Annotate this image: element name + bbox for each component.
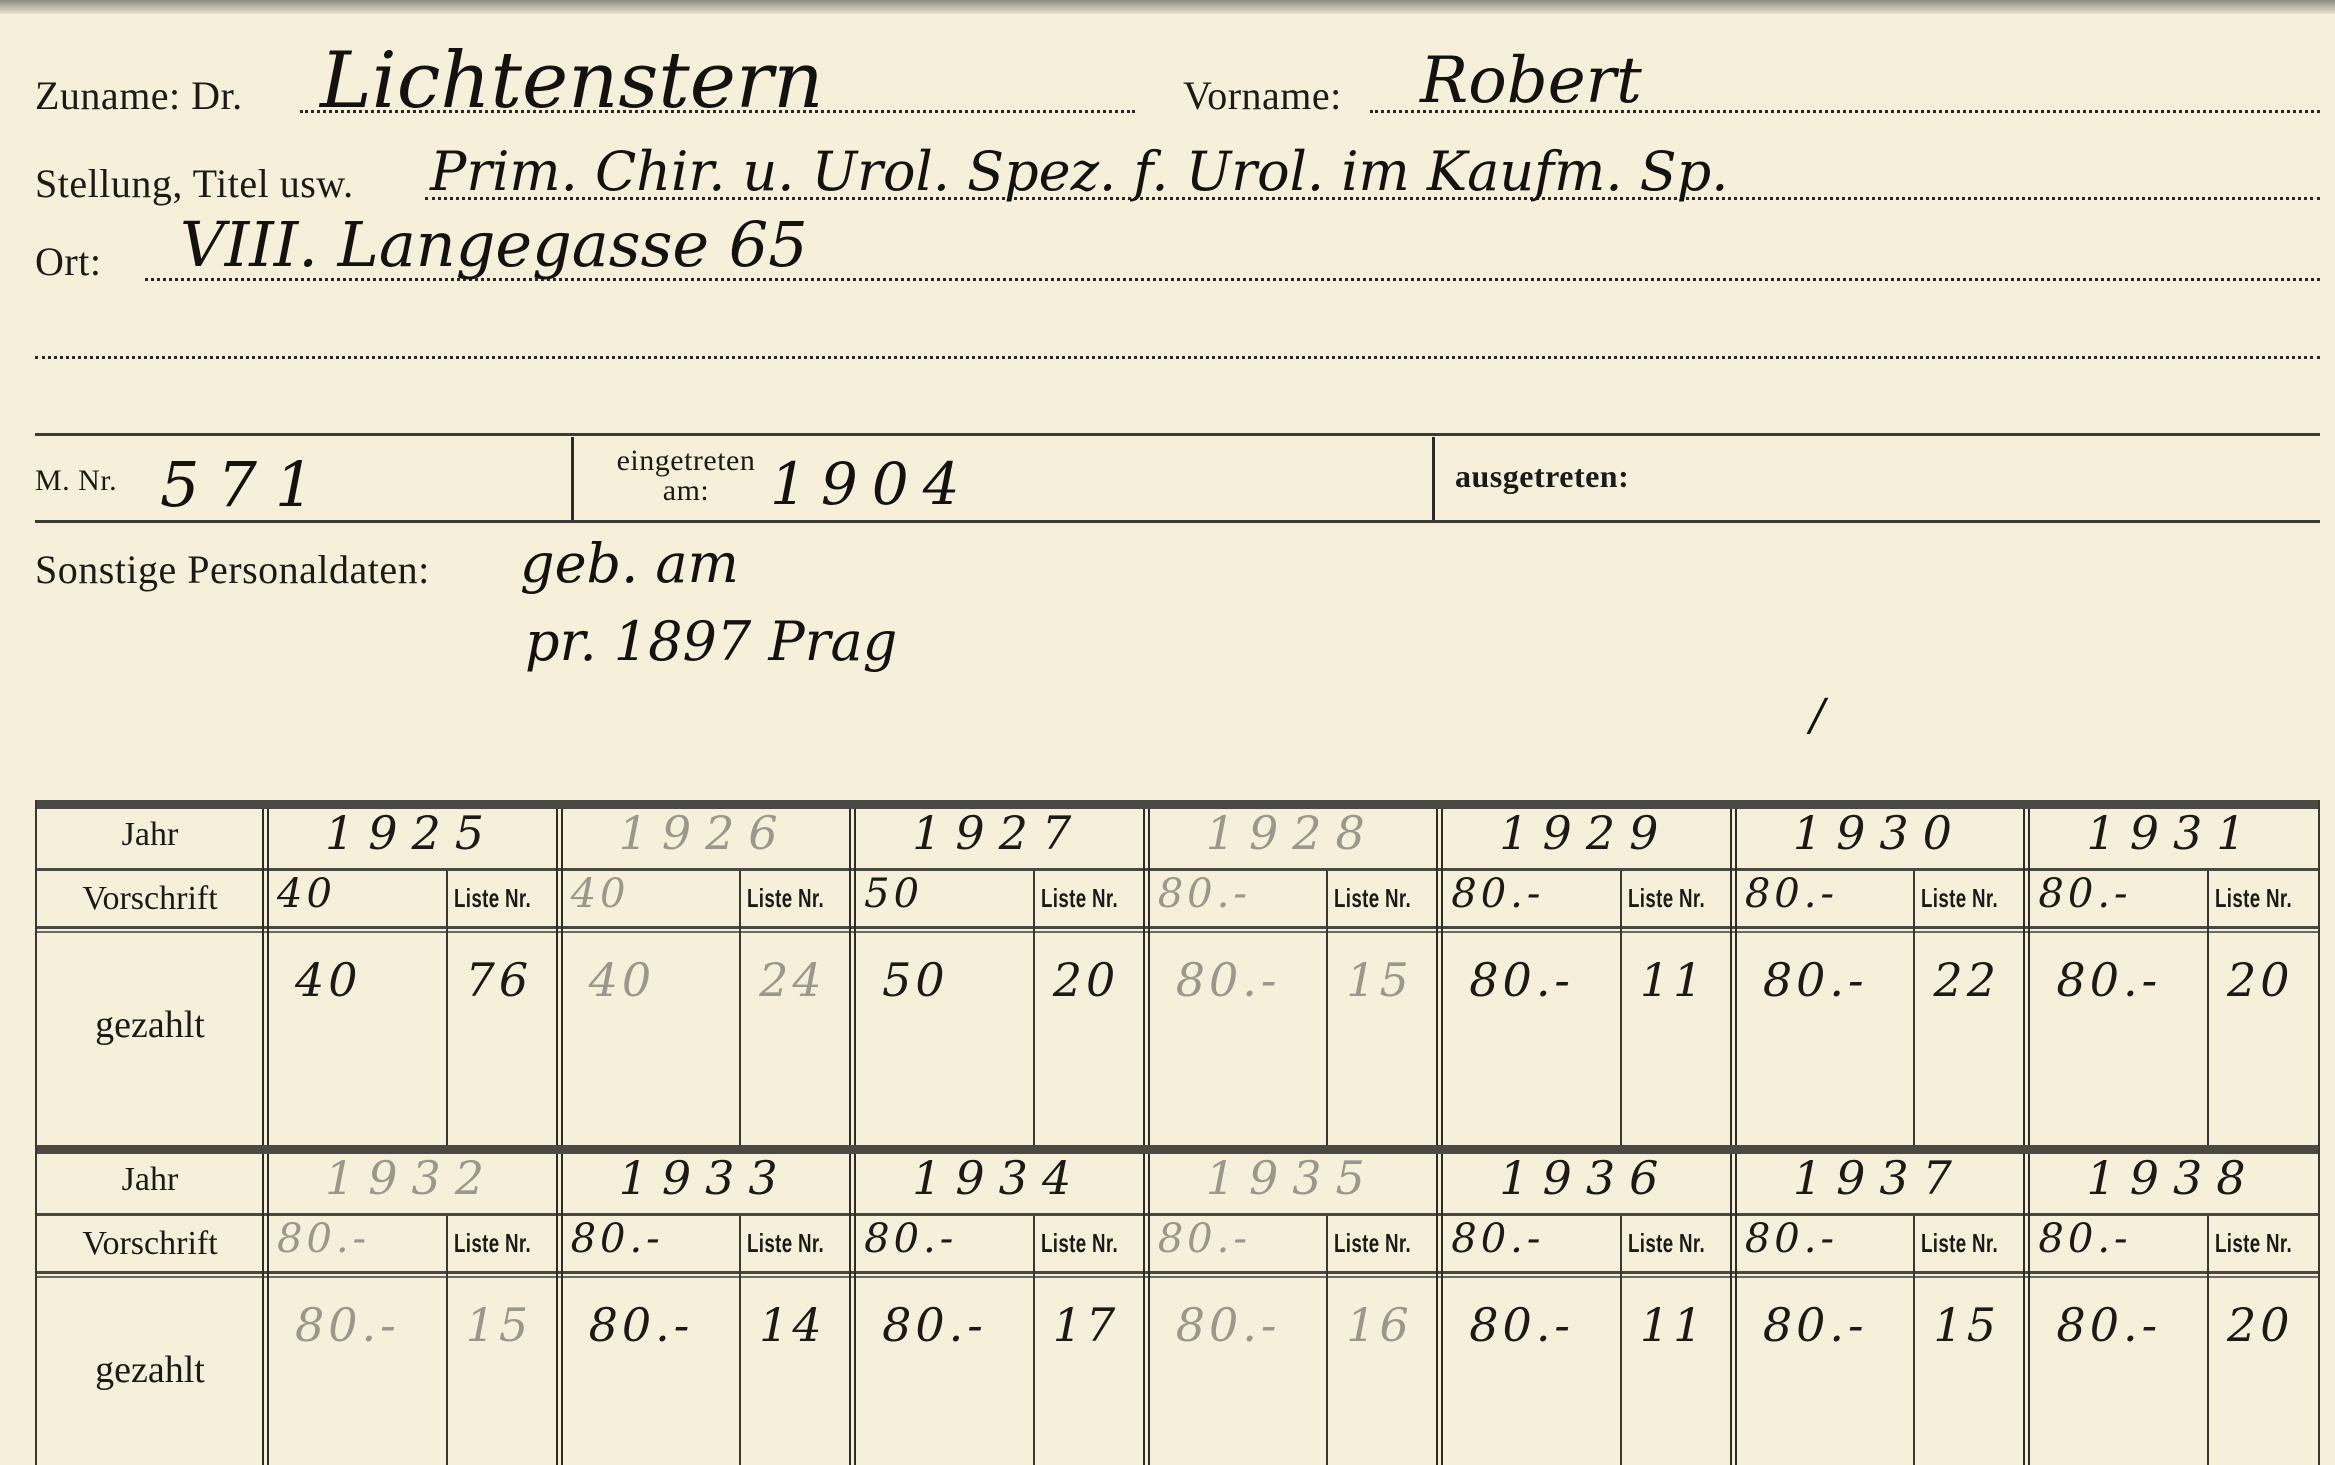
required-value: 80.-	[2038, 1216, 2131, 1262]
list-no-value: 76	[466, 953, 533, 1007]
required-value: 80.-	[1158, 1216, 1251, 1262]
year-divider	[556, 809, 563, 1150]
year-value: 1932	[325, 1151, 498, 1205]
required-value: 80.-	[1451, 1216, 1544, 1262]
list-divider	[446, 871, 448, 1149]
year-value: 1929	[1499, 806, 1672, 860]
paid-value: 80.-	[1176, 953, 1281, 1007]
list-no-value: 24	[759, 953, 826, 1007]
paid-value: 80.-	[1763, 1298, 1868, 1352]
list-no-value: 20	[2227, 953, 2294, 1007]
required-value: 80.-	[277, 1216, 370, 1262]
list-divider	[2207, 871, 2209, 1149]
year-value: 1927	[912, 806, 1085, 860]
list-no-value: 15	[1346, 953, 1413, 1007]
required-value: 80.-	[571, 1216, 664, 1262]
list-no-label: Liste Nr.	[1041, 1228, 1118, 1259]
joined-label: eingetreten am:	[596, 446, 776, 506]
year-divider	[1730, 1154, 1737, 1465]
year-divider	[262, 1154, 269, 1465]
year-value: 1938	[2086, 1151, 2259, 1205]
firstname-value: Robert	[1420, 44, 1642, 118]
row-label-required: Vorschrift	[35, 880, 265, 918]
year-value: 1936	[1499, 1151, 1672, 1205]
year-divider	[849, 1154, 856, 1465]
year-value: 1931	[2086, 806, 2259, 860]
row-label-paid: gezahlt	[35, 1003, 265, 1047]
paid-value: 80.-	[2056, 1298, 2161, 1352]
other-label: Sonstige Personaldaten:	[35, 546, 430, 593]
year-divider	[262, 809, 269, 1150]
list-no-label: Liste Nr.	[454, 1228, 531, 1259]
year-value: 1934	[912, 1151, 1085, 1205]
member-no-value: 571	[160, 448, 332, 521]
required-value: 80.-	[1451, 871, 1544, 917]
list-no-label: Liste Nr.	[1334, 883, 1411, 914]
list-divider	[1913, 871, 1915, 1149]
joined-value: 1904	[770, 450, 974, 518]
list-divider	[1326, 1216, 1328, 1465]
year-value: 1937	[1793, 1151, 1966, 1205]
required-value: 80.-	[1745, 871, 1838, 917]
year-divider	[849, 809, 856, 1150]
list-no-value: 16	[1346, 1298, 1413, 1352]
list-no-value: 11	[1640, 953, 1707, 1007]
year-value: 1928	[1206, 806, 1379, 860]
table-right-border	[2318, 800, 2320, 1149]
list-divider	[739, 1216, 741, 1465]
list-divider	[1033, 1216, 1035, 1465]
paid-value: 80.-	[589, 1298, 694, 1352]
list-no-value: 20	[2227, 1298, 2294, 1352]
required-value: 80.-	[1158, 871, 1251, 917]
list-divider	[1326, 871, 1328, 1149]
firstname-label: Vorname:	[1183, 72, 1342, 119]
year-divider	[1143, 809, 1150, 1150]
required-row-rule	[35, 1271, 2320, 1278]
list-no-label: Liste Nr.	[454, 883, 531, 914]
divider-2	[1432, 437, 1435, 520]
list-no-label: Liste Nr.	[2215, 883, 2292, 914]
paid-value: 50	[882, 953, 949, 1007]
required-value: 40	[571, 871, 630, 917]
year-value: 1925	[325, 806, 498, 860]
list-no-label: Liste Nr.	[1628, 883, 1705, 914]
list-no-label: Liste Nr.	[1628, 1228, 1705, 1259]
year-value: 1930	[1793, 806, 1966, 860]
stray-mark: /	[1810, 690, 1825, 741]
scan-edge-shadow	[0, 0, 2335, 14]
required-value: 40	[277, 871, 336, 917]
row-label-year: Jahr	[35, 1161, 265, 1199]
paid-value: 40	[589, 953, 656, 1007]
paid-value: 80.-	[882, 1298, 987, 1352]
surname-label: Zuname: Dr.	[35, 72, 243, 119]
list-no-value: 20	[1053, 953, 1120, 1007]
place-label: Ort:	[35, 238, 101, 285]
list-no-label: Liste Nr.	[747, 1228, 824, 1259]
year-divider	[1436, 1154, 1443, 1465]
year-divider	[2023, 1154, 2030, 1465]
row-label-year: Jahr	[35, 816, 265, 854]
list-no-label: Liste Nr.	[1921, 883, 1998, 914]
required-row-rule	[35, 926, 2320, 933]
section-top-rule	[35, 433, 2320, 436]
paid-value: 80.-	[295, 1298, 400, 1352]
list-no-value: 17	[1053, 1298, 1120, 1352]
list-divider	[1033, 871, 1035, 1149]
position-label: Stellung, Titel usw.	[35, 160, 354, 207]
list-no-value: 11	[1640, 1298, 1707, 1352]
list-divider	[1913, 1216, 1915, 1465]
section-bottom-rule	[35, 520, 2320, 523]
year-divider	[2023, 809, 2030, 1150]
year-divider	[556, 1154, 563, 1465]
list-no-value: 15	[1933, 1298, 2000, 1352]
left-label: ausgetreten:	[1455, 458, 1629, 495]
row-label-paid: gezahlt	[35, 1348, 265, 1392]
required-value: 80.-	[1745, 1216, 1838, 1262]
surname-value: Lichtenstern	[320, 36, 823, 126]
list-no-value: 15	[466, 1298, 533, 1352]
list-no-label: Liste Nr.	[1041, 883, 1118, 914]
paid-value: 80.-	[1469, 1298, 1574, 1352]
list-no-label: Liste Nr.	[747, 883, 824, 914]
list-divider	[446, 1216, 448, 1465]
year-value: 1935	[1206, 1151, 1379, 1205]
divider-1	[571, 437, 574, 520]
list-divider	[739, 871, 741, 1149]
year-divider	[1436, 809, 1443, 1150]
list-no-label: Liste Nr.	[2215, 1228, 2292, 1259]
year-divider	[1143, 1154, 1150, 1465]
list-divider	[1620, 871, 1622, 1149]
year-value: 1926	[619, 806, 792, 860]
required-value: 80.-	[2038, 871, 2131, 917]
paid-value: 80.-	[2056, 953, 2161, 1007]
blank-line	[35, 356, 2320, 359]
paid-value: 80.-	[1176, 1298, 1281, 1352]
fees-table: JahrVorschriftgezahlt192540Liste Nr.4076…	[35, 800, 2320, 1465]
list-no-label: Liste Nr.	[1334, 1228, 1411, 1259]
table-right-border	[2318, 1145, 2320, 1465]
paid-value: 40	[295, 953, 362, 1007]
row-label-required: Vorschrift	[35, 1225, 265, 1263]
list-divider	[2207, 1216, 2209, 1465]
list-no-value: 14	[759, 1298, 826, 1352]
place-value: VIII. Langegasse 65	[180, 208, 808, 281]
list-divider	[1620, 1216, 1622, 1465]
position-value: Prim. Chir. u. Urol. Spez. f. Urol. im K…	[430, 140, 1728, 203]
required-value: 80.-	[864, 1216, 957, 1262]
list-no-value: 22	[1933, 953, 2000, 1007]
member-no-label: M. Nr.	[35, 464, 117, 498]
year-divider	[1730, 809, 1737, 1150]
other-value-line1: geb. am	[520, 532, 739, 595]
required-value: 50	[864, 871, 923, 917]
list-no-label: Liste Nr.	[1921, 1228, 1998, 1259]
paid-value: 80.-	[1763, 953, 1868, 1007]
year-value: 1933	[619, 1151, 792, 1205]
other-value-line2: pr. 1897 Prag	[525, 610, 897, 673]
paid-value: 80.-	[1469, 953, 1574, 1007]
